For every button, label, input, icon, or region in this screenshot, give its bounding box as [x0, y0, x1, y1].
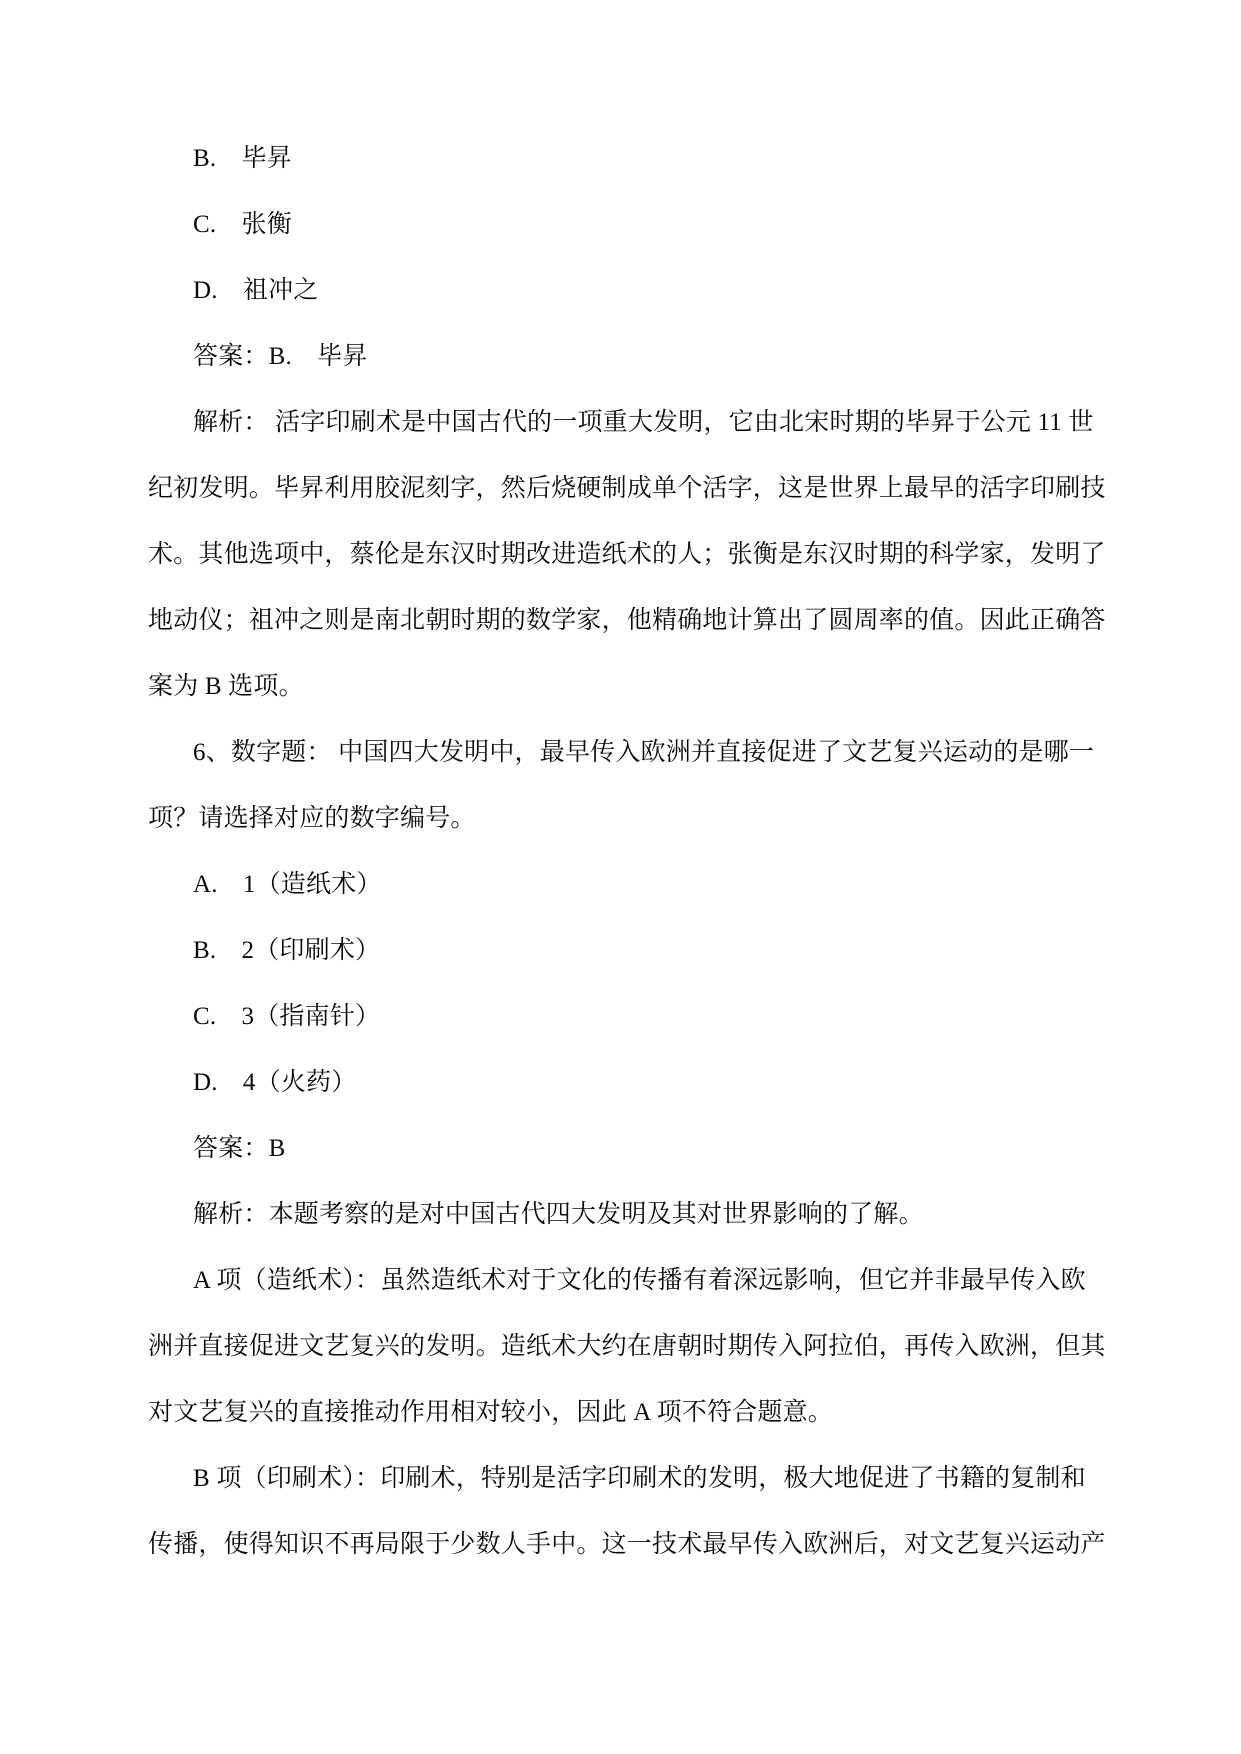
q5-answer: 答案：B. 毕昇 [148, 324, 1108, 390]
q6-option-d: D. 4（火药） [148, 1050, 1108, 1116]
q6-analysis-intro: 解析：本题考察的是对中国古代四大发明及其对世界影响的了解。 [148, 1182, 1108, 1248]
document-page: B. 毕昇 C. 张衡 D. 祖冲之 答案：B. 毕昇 解析： 活字印刷术是中国… [0, 0, 1241, 1754]
q6-option-a: A. 1（造纸术） [148, 852, 1108, 918]
q5-option-d: D. 祖冲之 [148, 258, 1108, 324]
q6-answer: 答案：B [148, 1116, 1108, 1182]
q5-analysis-line-1: 解析： 活字印刷术是中国古代的一项重大发明，它由北宋时期的毕昇于公元 11 世 [148, 390, 1108, 456]
document-content: B. 毕昇 C. 张衡 D. 祖冲之 答案：B. 毕昇 解析： 活字印刷术是中国… [148, 126, 1108, 1578]
q6-analysis-b-line-1: B 项（印刷术）：印刷术，特别是活字印刷术的发明，极大地促进了书籍的复制和 [148, 1446, 1108, 1512]
q6-analysis-a-line-1: A 项（造纸术）：虽然造纸术对于文化的传播有着深远影响，但它并非最早传入欧 [148, 1248, 1108, 1314]
q5-analysis-line-4: 地动仪；祖冲之则是南北朝时期的数学家，他精确地计算出了圆周率的值。因此正确答 [148, 588, 1108, 654]
q5-analysis-line-2: 纪初发明。毕昇利用胶泥刻字，然后烧硬制成单个活字，这是世界上最早的活字印刷技 [148, 456, 1108, 522]
q5-option-b: B. 毕昇 [148, 126, 1108, 192]
q6-question-line-1: 6、数字题： 中国四大发明中，最早传入欧洲并直接促进了文艺复兴运动的是哪一 [148, 720, 1108, 786]
q6-question-line-2: 项？请选择对应的数字编号。 [148, 786, 1108, 852]
q6-option-b: B. 2（印刷术） [148, 918, 1108, 984]
q5-analysis-line-5: 案为 B 选项。 [148, 654, 1108, 720]
q6-analysis-b-line-2: 传播，使得知识不再局限于少数人手中。这一技术最早传入欧洲后，对文艺复兴运动产 [148, 1512, 1108, 1578]
q6-option-c: C. 3（指南针） [148, 984, 1108, 1050]
q5-option-c: C. 张衡 [148, 192, 1108, 258]
q6-analysis-a-line-3: 对文艺复兴的直接推动作用相对较小，因此 A 项不符合题意。 [148, 1380, 1108, 1446]
q5-analysis-line-3: 术。其他选项中，蔡伦是东汉时期改进造纸术的人；张衡是东汉时期的科学家，发明了 [148, 522, 1108, 588]
q6-analysis-a-line-2: 洲并直接促进文艺复兴的发明。造纸术大约在唐朝时期传入阿拉伯，再传入欧洲，但其 [148, 1314, 1108, 1380]
